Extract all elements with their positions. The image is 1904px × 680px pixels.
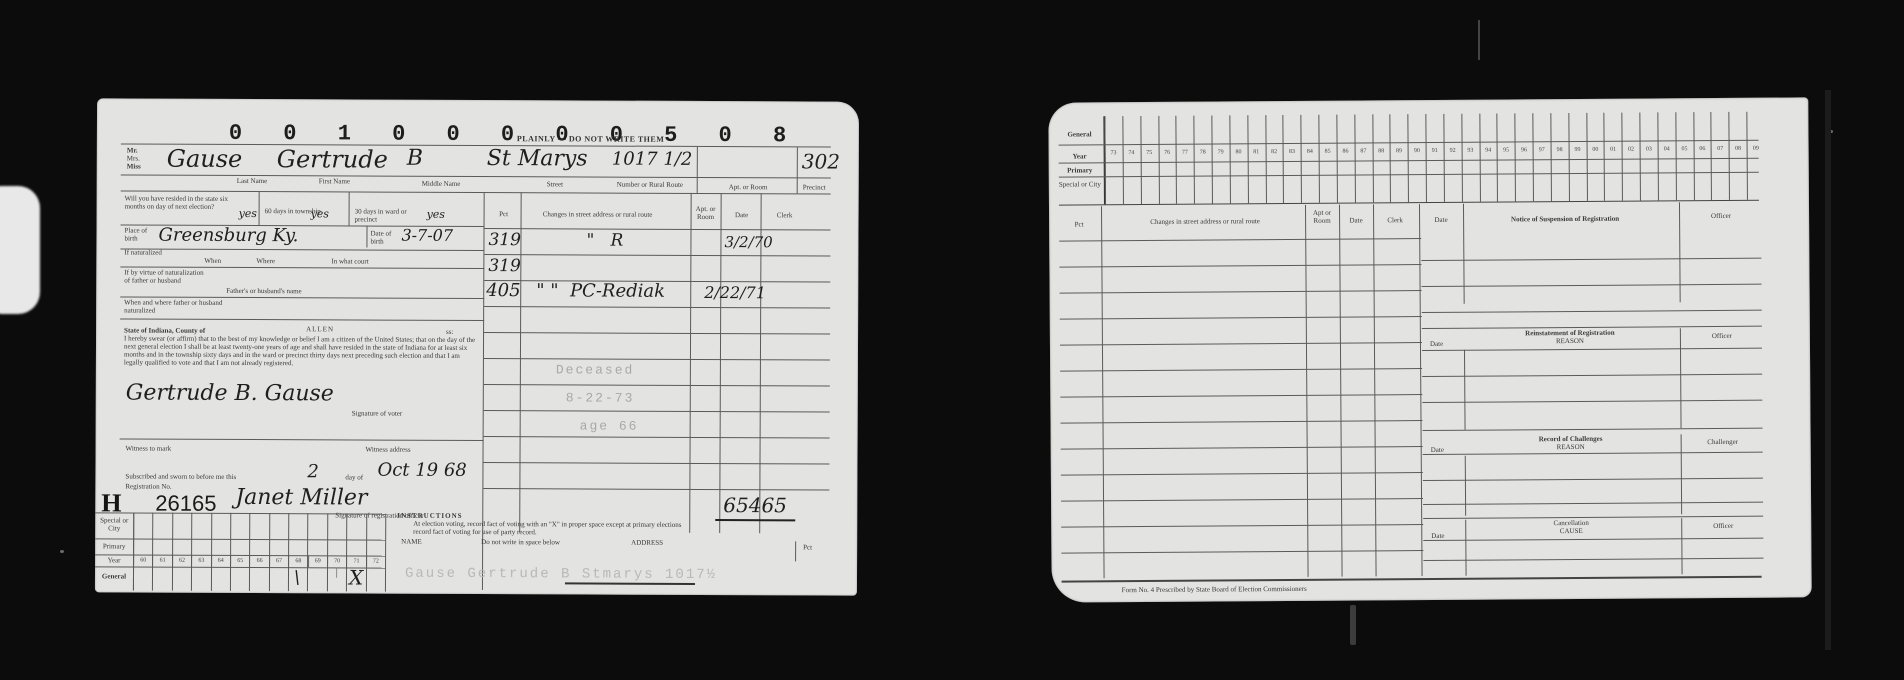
cancellation-cause-label: CAUSE [1481,526,1661,535]
naturalized-label: If naturalized [124,248,174,256]
cancellation-officer-label: Officer [1683,522,1763,531]
year-cell: 62 [172,555,191,567]
instructions-name-label: NAME [401,538,422,546]
residency-state-answer: yes [239,207,257,220]
change-row-3-date: 2/22/71 [704,283,766,302]
voting-history-grid-continued: General Year Primary Special or City 737… [1048,97,1808,102]
title-mr: Mr. [127,146,138,154]
father-husband-naturalized-label: When and where father or husband natural… [124,298,224,314]
number-label: Number or Rural Route [617,181,683,189]
subscribed-day: 2 [307,461,319,482]
first-name-value: Gertrude [277,145,388,173]
film-scratch [1478,20,1480,60]
header-instruction: PLAINLY — DO NOT WRITE THEM [517,134,664,144]
grid-label-primary: Primary [1059,166,1101,174]
birth-date-label: Date of birth [370,230,398,246]
registration-no-label: Registration No. [125,482,171,490]
change-row-1-date: 3/2/70 [724,233,772,251]
changes-header-address: Changes in street address or rural route [1105,217,1305,226]
witness-mark-label: Witness to mark [126,444,172,452]
changes-header-apt: Apt or Room [1307,209,1337,225]
first-name-label: First Name [319,177,350,185]
title-mrs: Mrs. [127,154,140,162]
suspension-officer-label: Officer [1681,212,1761,221]
general-mark-68: \ [294,567,300,588]
naturalized-where-label: Where [256,257,275,265]
grid-label-general: General [1058,130,1100,138]
suspension-date-label: Date [1421,216,1461,224]
changes-header-apt: Apt. or Room [693,205,719,221]
title-miss: Miss [127,162,141,170]
subscribed-label: Subscribed and sworn to before me this [125,472,236,480]
grid-label-special: Special or City [1059,180,1101,188]
voter-signature: Gertrude B. Gause [126,380,334,406]
voter-signature-label: Signature of voter [352,409,403,417]
year-cell: 66 [249,555,268,567]
year-cell: 64 [211,555,230,567]
age-stamp: age 66 [580,418,639,433]
change-row-1-address: " R [586,230,623,250]
oath-text: I hereby swear (or affirm) that to the b… [124,334,476,368]
county-value: ALLEN [306,325,334,333]
middle-name-label: Middle Name [422,180,461,188]
adjacent-card-edge [0,186,40,314]
reinstatement-officer-label: Officer [1682,332,1762,341]
changes-header-pct: Pct [489,210,519,218]
general-mark-70: | [335,567,338,578]
instructions-pct-label: Pct [803,543,812,551]
instructions-line-2: record fact of voting for use of party r… [413,528,536,537]
birth-date-value: 3-7-07 [401,226,453,245]
registration-card-back: General Year Primary Special or City 737… [1048,97,1811,602]
birth-place-value: Greensburg Ky. [158,225,298,247]
grid-label-primary: Primary [97,542,131,550]
reinstatement-reason-label: REASON [1480,336,1660,345]
naturalized-court-label: In what court [331,257,368,265]
typed-name-footer: Gause Gertrude B Stmarys 1017½ [405,566,717,583]
father-husband-name-label: Father's or husband's name [226,287,301,295]
changes-header-date: Date [1339,216,1373,224]
residency-state-question: Will you have resided in the state six m… [125,194,235,210]
precinct-value: 302 [802,149,840,173]
grid-label-general: General [97,572,131,580]
year-cell: 65 [230,555,249,567]
last-name-value: Gause [167,145,243,173]
birth-place-label: Place of birth [124,226,160,242]
changes-header-address: Changes in street address or rural route [523,210,673,219]
middle-name-value: B [407,146,423,171]
instructions-space-note: Do not write in space below [481,538,560,546]
grid-label-special: Special or City [97,516,131,532]
year-cell: 60 [133,555,152,567]
changes-header-clerk: Clerk [765,211,805,219]
suspension-title: Notice of Suspension of Registration [1465,214,1665,223]
cancellation-date-label: Date [1431,532,1444,540]
apt-room-label: Apt. or Room [729,183,768,191]
deceased-date-stamp: 8-22-73 [566,390,635,405]
film-speck [60,550,64,553]
film-scratch [1350,605,1356,645]
challenges-challenger-label: Challenger [1683,438,1763,447]
year-cell: 68 [288,555,307,567]
general-mark-71: X [349,565,363,589]
year-cell: 72 [366,556,385,568]
registration-prefix: H [101,488,121,518]
change-row-3-address: " " PC-Rediak [536,280,665,302]
form-footer: Form No. 4 Prescribed by State Board of … [1122,585,1307,594]
change-row-3-pct: 405 [486,280,520,301]
residency-ward-answer: yes [427,208,445,221]
changes-header-clerk: Clerk [1375,216,1415,224]
film-edge [1825,90,1831,650]
voting-history-grid: Special or City Primary Year General 606… [97,98,859,101]
number-value: 1017 1/2 [612,149,693,170]
deceased-stamp: Deceased [556,362,634,377]
year-cell: 61 [152,555,171,567]
street-value: St Marys [487,146,588,171]
year-cell: 69 [308,555,327,567]
year-cell: 67 [269,555,288,567]
naturalization-by-virtue-label: If by virtue of naturalization of father… [124,268,204,284]
change-row-2-pct: 319 [488,256,521,276]
bottom-record-number: 65465 [723,493,787,517]
grid-label-year: Year [1059,152,1101,160]
instructions-title: INSTRUCTIONS [397,512,462,520]
year-cell: 70 [327,555,346,567]
precinct-label: Precinct [803,183,826,191]
reinstatement-date-label: Date [1430,340,1443,348]
day-of-label: day of [345,473,363,481]
challenges-reason-label: REASON [1481,442,1661,451]
changes-header-pct: Pct [1059,220,1099,228]
last-name-label: Last Name [237,177,268,185]
challenges-date-label: Date [1431,446,1444,454]
naturalized-when-label: When [204,257,221,265]
street-label: Street [547,180,563,188]
change-row-1-pct: 319 [488,230,521,250]
residency-ward-question: 30 days in ward or precinct [355,207,425,223]
officer-signature: Janet Miller [235,485,367,511]
residency-township-answer: yes [311,207,329,220]
registration-card-front: 0 0 1 0 0 0 0 0 5 0 8 PLAINLY — DO NOT W… [95,98,859,595]
witness-address-label: Witness address [366,446,411,454]
subscribed-month-year: Oct 19 68 [377,460,466,481]
changes-header-date: Date [723,211,761,219]
year-cell: 63 [191,555,210,567]
grid-label-year: Year [97,556,131,564]
ss-label: ss: [446,328,453,336]
instructions-address-label: ADDRESS [631,539,663,547]
